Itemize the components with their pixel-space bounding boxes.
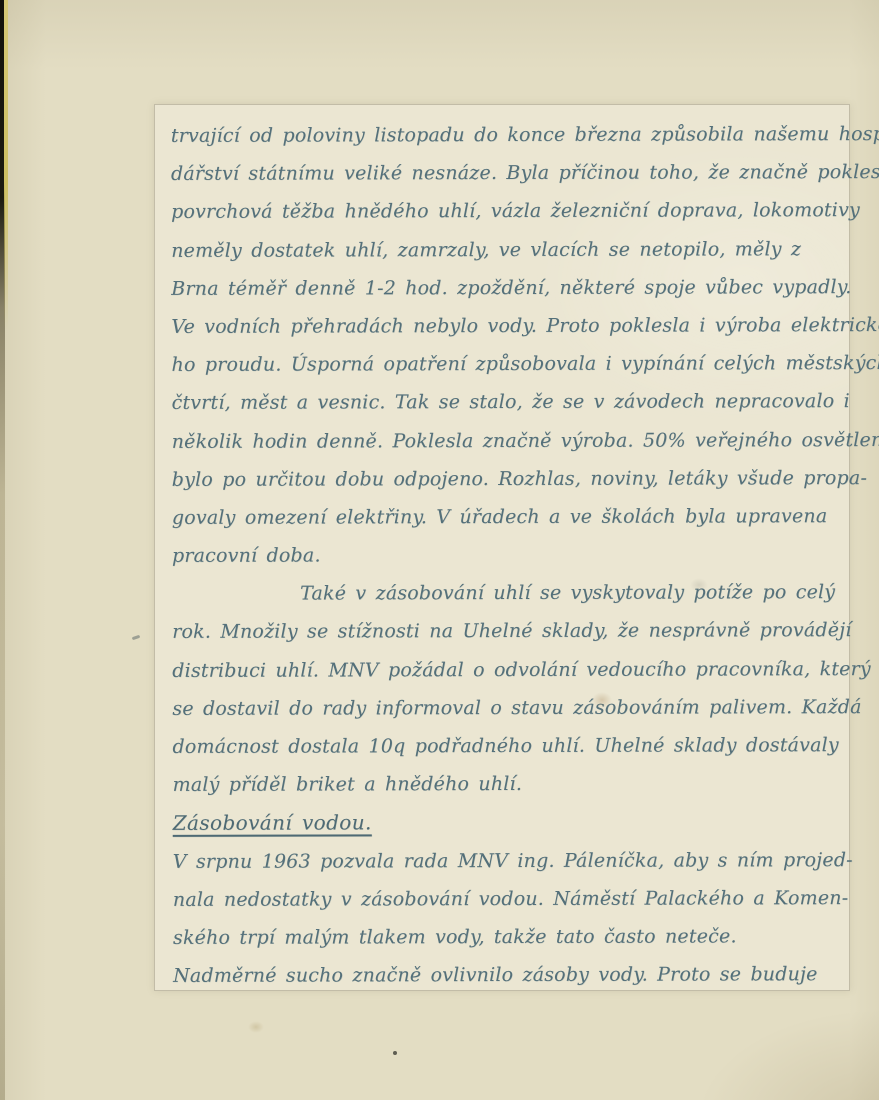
handwritten-line: ho proudu. Úsporná opatření způsobovala … <box>171 346 833 386</box>
handwritten-line: domácnost dostala 10q podřadného uhlí. U… <box>172 728 834 768</box>
chronicle-photo-page: trvající od poloviny listopadu do konce … <box>0 0 879 1100</box>
handwritten-line: rok. Množily se stížnosti na Uhelné skla… <box>172 614 834 654</box>
section-heading: Zásobování vodou. <box>173 805 835 845</box>
handwritten-line: nala nedostatky v zásobování vodou. Námě… <box>173 881 835 921</box>
handwritten-line: dářství státnímu veliké nesnáze. Byla př… <box>171 155 833 195</box>
ink-speck <box>393 1051 397 1055</box>
handwritten-line: govaly omezení elektřiny. V úřadech a ve… <box>172 499 834 539</box>
handwritten-line: ského trpí malým tlakem vody, takže tato… <box>173 919 835 959</box>
handwritten-line: V srpnu 1963 pozvala rada MNV ing. Pálen… <box>173 843 835 883</box>
handwritten-line: Ve vodních přehradách nebylo vody. Proto… <box>171 308 833 348</box>
handwritten-line: malý příděl briket a hnědého uhlí. <box>173 766 835 806</box>
manuscript-sheet: trvající od poloviny listopadu do konce … <box>154 104 850 991</box>
handwritten-line: povrchová těžba hnědého uhlí, vázla žele… <box>171 194 833 234</box>
handwritten-line: distribuci uhlí. MNV požádal o odvolání … <box>172 652 834 692</box>
handwritten-line: Brna téměř denně 1-2 hod. zpoždění, někt… <box>171 270 833 310</box>
pen-mark <box>132 635 141 640</box>
handwritten-text-block: trvající od poloviny listopadu do konce … <box>171 117 835 997</box>
handwritten-line: pracovní doba. <box>172 537 834 577</box>
handwritten-line: čtvrtí, měst a vesnic. Tak se stalo, že … <box>172 384 834 424</box>
handwritten-line: neměly dostatek uhlí, zamrzaly, ve vlací… <box>171 232 833 272</box>
handwritten-line: bylo po určitou dobu odpojeno. Rozhlas, … <box>172 461 834 501</box>
book-binding-gilt-edge <box>4 0 8 330</box>
paper-smudge <box>592 692 612 708</box>
handwritten-line: trvající od poloviny listopadu do konce … <box>171 117 833 157</box>
paper-smudge <box>248 1021 264 1033</box>
handwritten-line: se dostavil do rady informoval o stavu z… <box>172 690 834 730</box>
handwritten-line: Také v zásobování uhlí se vyskytovaly po… <box>172 575 834 615</box>
handwritten-line: několik hodin denně. Poklesla značně výr… <box>172 423 834 463</box>
paper-smudge <box>690 578 708 592</box>
handwritten-line: Nadměrné sucho značně ovlivnilo zásoby v… <box>173 957 835 997</box>
